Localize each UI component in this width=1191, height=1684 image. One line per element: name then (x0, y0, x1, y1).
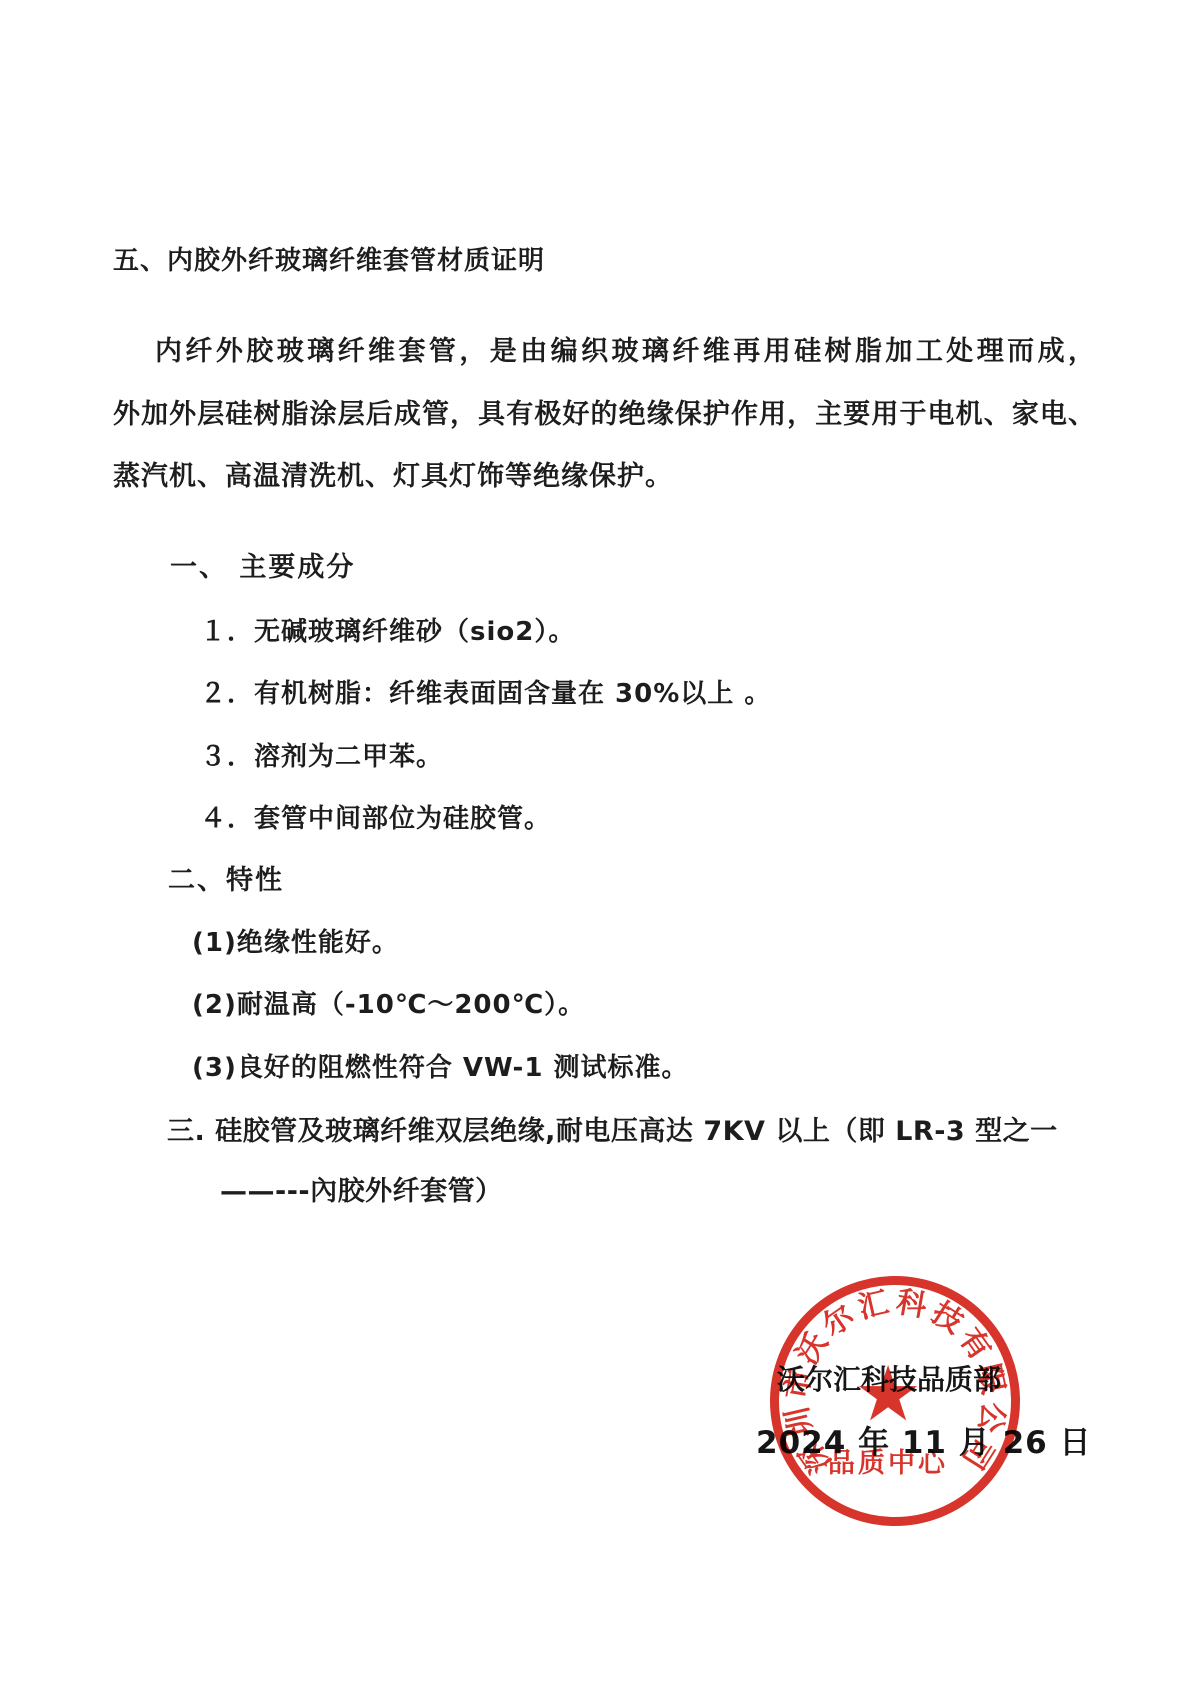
page: { "doc": { "title": "五、内胶外纤玻璃纤维套管材质证明", … (0, 0, 1191, 1684)
doc-title: 五、内胶外纤玻璃纤维套管材质证明 (113, 241, 545, 281)
section2-heading: 二、特性 (168, 861, 284, 901)
section1-items: １．无碱玻璃纤维砂（sio2）。 ２．有机树脂：纤维表面固含量在 30%以上 。… (200, 601, 771, 851)
intro-paragraph: 内纤外胶玻璃纤维套管，是由编织玻璃纤维再用硅树脂加工处理而成， 外加外层硅树脂涂… (113, 321, 1095, 509)
list-item: １．无碱玻璃纤维砂（sio2）。 (200, 601, 771, 663)
list-item: (2)耐温高（-10℃～200℃）。 (192, 974, 688, 1036)
seal-center-label: 品质中心 (770, 1449, 1006, 1479)
section3-line-2: ——---內胶外纤套管） (220, 1172, 503, 1212)
list-item: ３．溶剂为二甲苯。 (200, 726, 771, 788)
paragraph-line-3: 蒸汽机、高温清洗机、灯具灯饰等绝缘保护。 (113, 446, 1095, 509)
section3-line-1: 三. 硅胶管及玻璃纤维双层绝缘,耐电压高达 7KV 以上（即 LR-3 型之一 (167, 1112, 1058, 1152)
list-item: ４．套管中间部位为硅胶管。 (200, 788, 771, 850)
star-icon: ★ (854, 1356, 922, 1432)
section1-heading: 一、 主要成分 (170, 548, 355, 588)
list-item: ２．有机树脂：纤维表面固含量在 30%以上 。 (200, 663, 771, 725)
list-item: (3)良好的阻燃性符合 VW-1 测试标准。 (192, 1037, 688, 1099)
list-item: (1)绝缘性能好。 (192, 912, 688, 974)
company-seal: 深圳市沃尔汇科技有限公司 ★ 品质中心 (770, 1276, 1020, 1526)
paragraph-line-1: 内纤外胶玻璃纤维套管，是由编织玻璃纤维再用硅树脂加工处理而成， (155, 321, 1095, 384)
paragraph-line-2: 外加外层硅树脂涂层后成管，具有极好的绝缘保护作用，主要用于电机、家电、 (113, 384, 1095, 447)
section2-items: (1)绝缘性能好。 (2)耐温高（-10℃～200℃）。 (3)良好的阻燃性符合… (192, 912, 688, 1099)
